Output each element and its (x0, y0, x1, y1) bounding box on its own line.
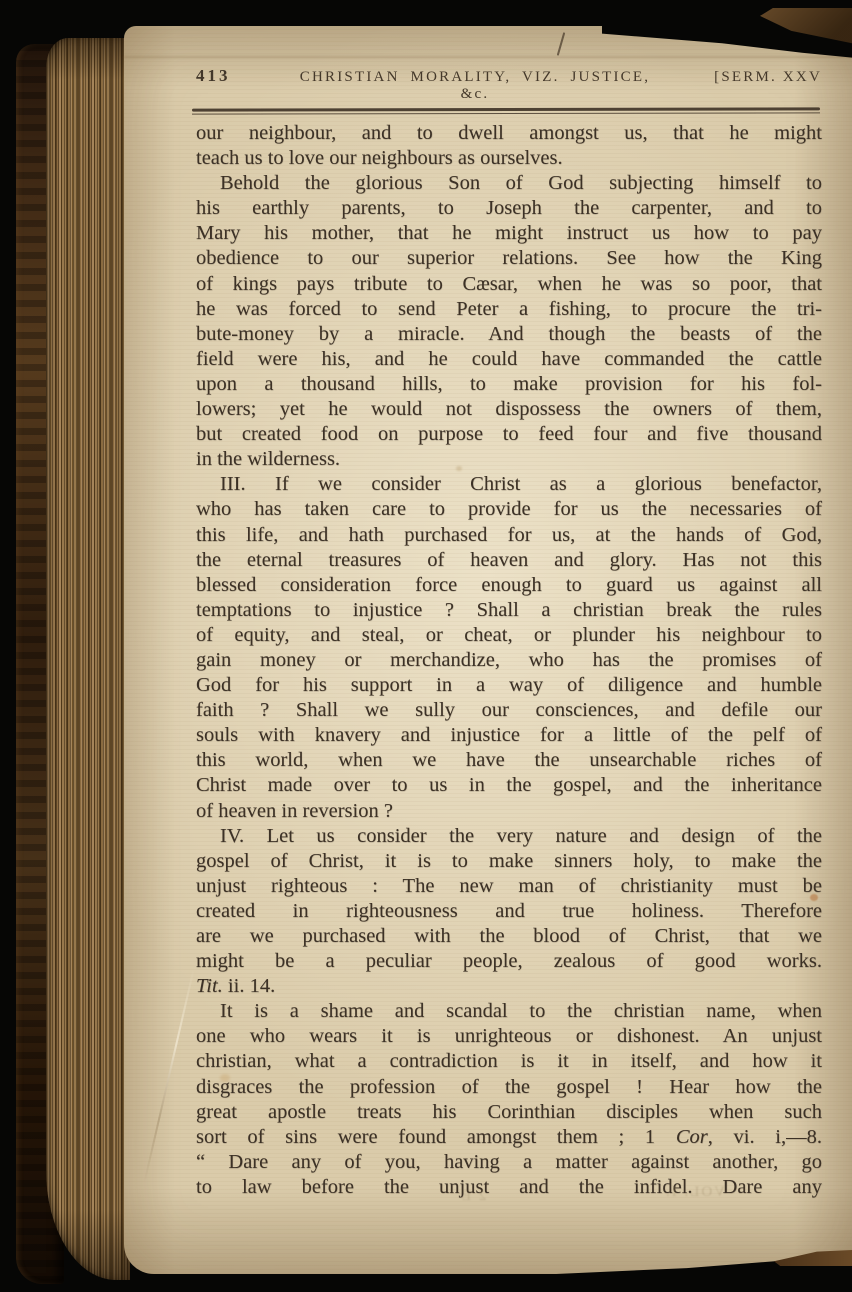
text-line: “ Dare any of you, having a matter again… (196, 1150, 822, 1175)
text-line: great apostle treats his Corinthian disc… (196, 1100, 822, 1125)
text-line: souls with knavery and injustice for a l… (196, 723, 822, 748)
text-line: are we purchased with the blood of Chris… (196, 924, 822, 949)
text-line: gospel of Christ, it is to make sinners … (196, 849, 822, 874)
foxing-spot (220, 1074, 230, 1082)
text-line: gain money or merchandize, who has the p… (196, 648, 822, 673)
text-line: christian, what a contradiction is it in… (196, 1049, 822, 1074)
text-line: our neighbour, and to dwell amongst us, … (196, 121, 822, 146)
text-line: It is a shame and scandal to the christi… (196, 999, 822, 1024)
page-number: 413 (196, 66, 288, 86)
text-line: of kings pays tribute to Cæsar, when he … (196, 272, 822, 297)
text-line: created in righteousness and true holine… (196, 899, 822, 924)
show-through-signature-mark: 2 E (460, 1188, 486, 1205)
text-line: bute-money by a miracle. And though the … (196, 322, 822, 347)
text-line: temptations to injustice ? Shall a chris… (196, 598, 822, 623)
text-line: Behold the glorious Son of God subjectin… (196, 171, 822, 196)
book-page-edges (46, 38, 130, 1280)
text-line: Tit. ii. 14. (196, 974, 822, 999)
text-line: blessed consideration force enough to gu… (196, 573, 822, 598)
text-line: faith ? Shall we sully our consciences, … (196, 698, 822, 723)
text-line: teach us to love our neighbours as ourse… (196, 146, 822, 171)
text-line: Mary his mother, that he might instruct … (196, 221, 822, 246)
text-line: of equity, and steal, or cheat, or plund… (196, 623, 822, 648)
text-line: his earthly parents, to Joseph the carpe… (196, 196, 822, 221)
text-line: to law before the unjust and the infidel… (196, 1175, 822, 1200)
text-line: disgraces the profession of the gospel !… (196, 1075, 822, 1100)
text-line: in the wilderness. (196, 447, 822, 472)
text-line: upon a thousand hills, to make provision… (196, 372, 822, 397)
paper-crease (143, 969, 194, 1184)
text-line: might be a peculiar people, zealous of g… (196, 949, 822, 974)
show-through-volume-mark: VOL. I. (664, 1184, 725, 1201)
text-line: obedience to our superior relations. See… (196, 246, 822, 271)
text-line: but created food on purpose to feed four… (196, 422, 822, 447)
running-title: CHRISTIAN MORALITY, VIZ. JUSTICE, &c. (288, 69, 662, 103)
text-line: III. If we consider Christ as a glorious… (196, 472, 822, 497)
text-line: he was forced to send Peter a fishing, t… (196, 297, 822, 322)
text-line: Christ made over to us in the gospel, an… (196, 773, 822, 798)
text-line: of heaven in reversion ? (196, 799, 822, 824)
text-line: one who wears it is unrighteous or disho… (196, 1024, 822, 1049)
text-line: field were his, and he could have comman… (196, 347, 822, 372)
stray-ink-mark (557, 32, 566, 56)
text-line: this world, when we have the unsearchabl… (196, 748, 822, 773)
text-line: the eternal treasures of heaven and glor… (196, 548, 822, 573)
running-head: 413 CHRISTIAN MORALITY, VIZ. JUSTICE, &c… (196, 66, 822, 103)
foxing-spot (810, 894, 818, 901)
sermon-reference: [SERM. XXV (662, 69, 822, 86)
text-line: who has taken care to provide for us the… (196, 497, 822, 522)
photo-background: 413 CHRISTIAN MORALITY, VIZ. JUSTICE, &c… (0, 0, 852, 1292)
page-text: our neighbour, and to dwell amongst us, … (196, 121, 822, 1200)
text-line: this life, and hath purchased for us, at… (196, 523, 822, 548)
text-line: lowers; yet he would not dispossess the … (196, 397, 822, 422)
book-page: 413 CHRISTIAN MORALITY, VIZ. JUSTICE, &c… (124, 26, 852, 1274)
text-line: sort of sins were found amongst them ; 1… (196, 1125, 822, 1150)
text-line: IV. Let us consider the very nature and … (196, 824, 822, 849)
text-line: God for his support in a way of diligenc… (196, 673, 822, 698)
text-line: unjust righteous : The new man of christ… (196, 874, 822, 899)
header-rule (196, 108, 822, 117)
foxing-spot (456, 466, 462, 471)
